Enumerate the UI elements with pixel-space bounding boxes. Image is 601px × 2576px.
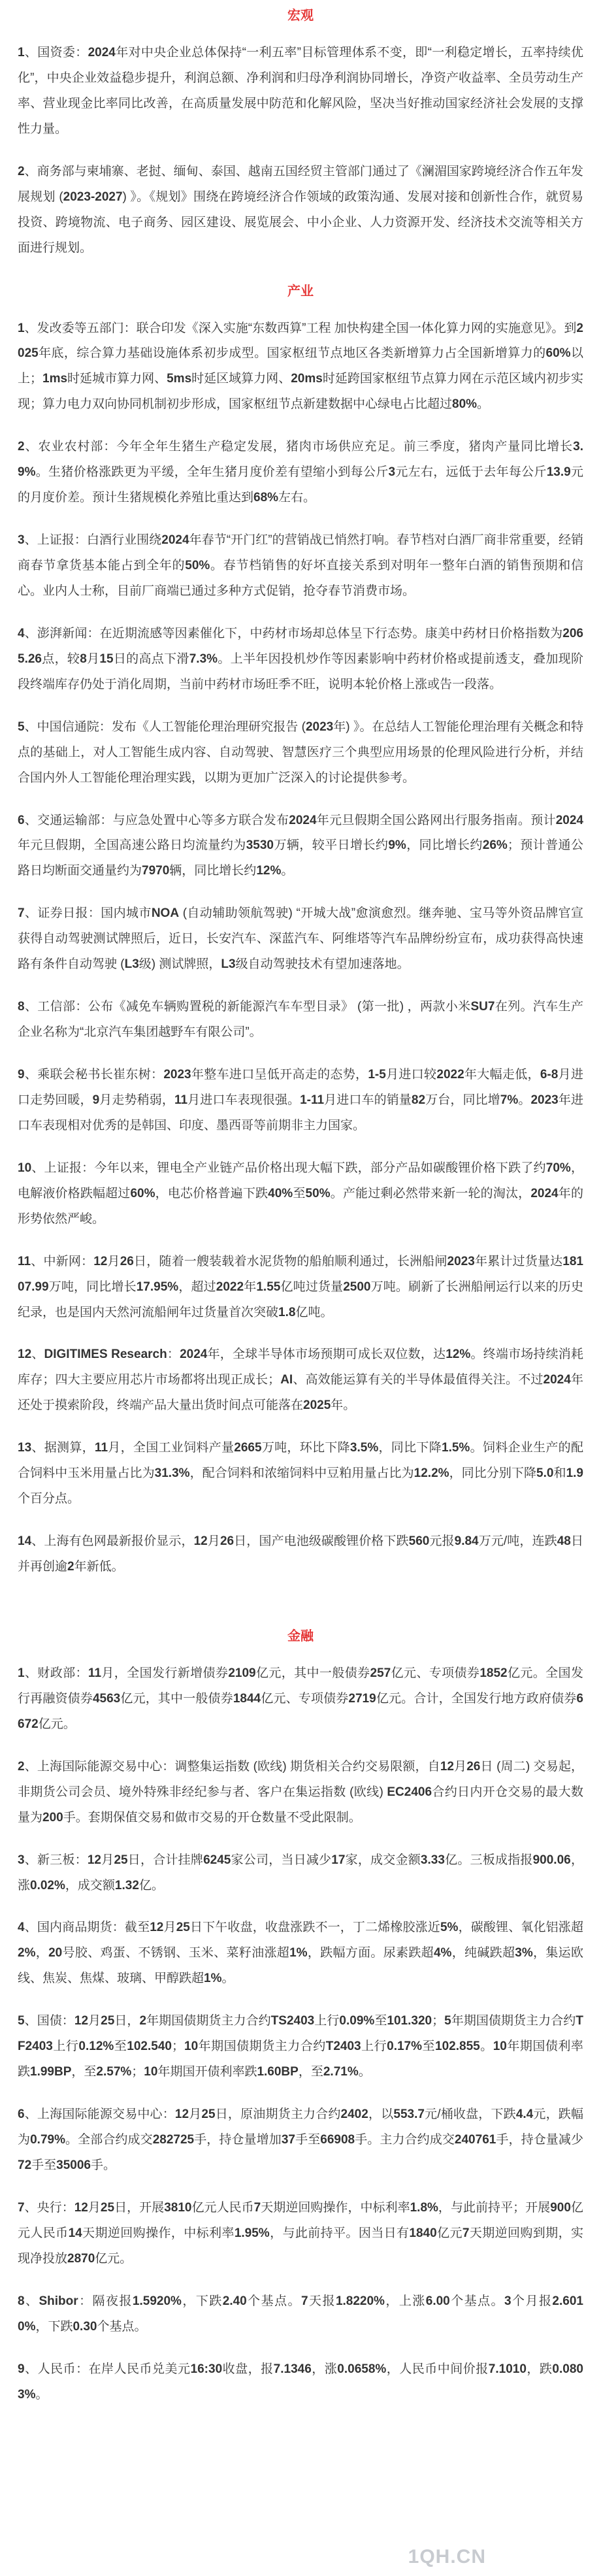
- news-item: 1、财政部：11月，全国发行新增债券2109亿元，其中一般债券257亿元、专项债…: [18, 1661, 583, 1738]
- news-item: 8、工信部：公布《减免车辆购置税的新能源汽车车型目录》 (第一批) ，两款小米S…: [18, 995, 583, 1046]
- section-title-finance: 金融: [18, 1627, 583, 1645]
- news-digest-page: 宏观 1、国资委：2024年对中央企业总体保持“一利五率”目标管理体系不变，即“…: [0, 0, 601, 2576]
- news-item: 3、新三板：12月25日，合计挂牌6245家公司，当日减少17家，成交金额3.3…: [18, 1848, 583, 1899]
- news-item: 9、乘联会秘书长崔东树：2023年整车进口呈低开高走的态势，1-5月进口较202…: [18, 1063, 583, 1139]
- news-item: 9、人民币：在岸人民币兑美元16:30收盘，报7.1346，涨0.0658%，人…: [18, 2357, 583, 2408]
- news-item: 2、农业农村部：今年全年生猪生产稳定发展，猪肉市场供应充足。前三季度，猪肉产量同…: [18, 435, 583, 511]
- news-item: 3、上证报：白酒行业围绕2024年春节“开门红”的营销战已悄然打响。春节档对白酒…: [18, 528, 583, 604]
- section-industry: 产业 1、发改委等五部门：联合印发《深入实施“东数西算”工程 加快构建全国一体化…: [18, 282, 583, 1580]
- news-item: 6、上海国际能源交易中心：12月25日，原油期货主力合约2402，以553.7元…: [18, 2102, 583, 2179]
- news-item: 2、上海国际能源交易中心：调整集运指数 (欧线) 期货相关合约交易限额，自12月…: [18, 1755, 583, 1831]
- news-item: 1、发改委等五部门：联合印发《深入实施“东数西算”工程 加快构建全国一体化算力网…: [18, 316, 583, 418]
- news-item: 5、中国信通院：发布《人工智能伦理治理研究报告 (2023年) 》。在总结人工智…: [18, 715, 583, 791]
- news-item: 2、商务部与柬埔寨、老挝、缅甸、泰国、越南五国经贸主管部门通过了《澜湄国家跨境经…: [18, 159, 583, 261]
- news-item: 7、证券日报：国内城市NOA (自动辅助领航驾驶) “开城大战”愈演愈烈。继奔驰…: [18, 901, 583, 978]
- news-item: 5、国债：12月25日，2年期国债期货主力合约TS2403上行0.09%至101…: [18, 2009, 583, 2085]
- news-item: 6、交通运输部：与应急处置中心等多方联合发布2024年元旦假期全国公路网出行服务…: [18, 808, 583, 885]
- news-item: 10、上证报：今年以来，锂电全产业链产品价格出现大幅下跌，部分产品如碳酸锂价格下…: [18, 1156, 583, 1232]
- section-macro: 宏观 1、国资委：2024年对中央企业总体保持“一利五率”目标管理体系不变，即“…: [18, 7, 583, 261]
- section-title-macro: 宏观: [18, 7, 583, 25]
- news-item: 11、中新网：12月26日，随着一艘装载着水泥货物的船舶顺利通过，长洲船闸202…: [18, 1249, 583, 1326]
- section-finance: 金融 1、财政部：11月，全国发行新增债券2109亿元，其中一般债券257亿元、…: [18, 1627, 583, 2408]
- news-item: 7、央行：12月25日，开展3810亿元人民币7天期逆回购操作，中标利率1.8%…: [18, 2196, 583, 2272]
- watermark: 1QH.CN: [408, 2546, 486, 2568]
- news-item: 4、澎湃新闻：在近期流感等因素催化下，中药材市场却总体呈下行态势。康美中药材日价…: [18, 621, 583, 698]
- news-item: 14、上海有色网最新报价显示，12月26日，国产电池级碳酸锂价格下跌560元报9…: [18, 1529, 583, 1580]
- section-title-industry: 产业: [18, 282, 583, 301]
- news-item: 8、Shibor：隔夜报1.5920%，下跌2.40个基点。7天报1.8220%…: [18, 2289, 583, 2340]
- news-item: 13、据测算，11月，全国工业饲料产量2665万吨，环比下降3.5%，同比下降1…: [18, 1436, 583, 1512]
- news-item: 12、DIGITIMES Research：2024年，全球半导体市场预期可成长…: [18, 1342, 583, 1419]
- news-item: 4、国内商品期货：截至12月25日下午收盘，收盘涨跌不一，丁二烯橡胶涨近5%，碳…: [18, 1915, 583, 1992]
- news-item: 1、国资委：2024年对中央企业总体保持“一利五率”目标管理体系不变，即“一利稳…: [18, 41, 583, 142]
